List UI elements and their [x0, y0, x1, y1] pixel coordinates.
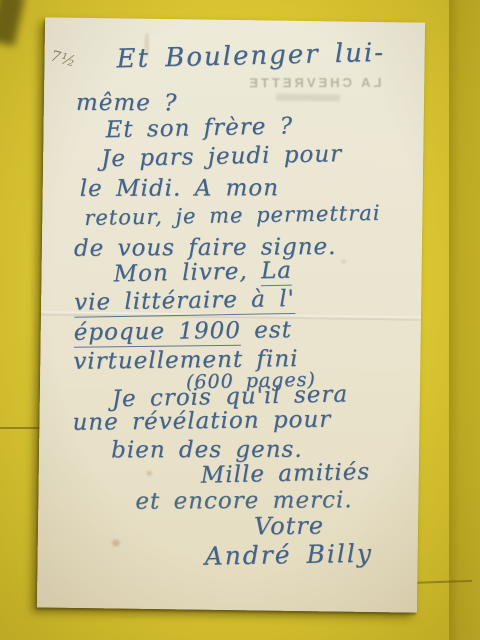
letter-line-10-text: est	[241, 317, 292, 344]
dark-corner-shadow	[0, 0, 25, 46]
letter-line-16-closing: Mille amitiés	[200, 459, 370, 489]
embossed-letterhead-line2	[276, 94, 340, 102]
letter-line-14: une révélation pour	[72, 407, 331, 436]
signature-andre-billy: André Billy	[204, 539, 373, 571]
foxing-spot	[342, 260, 346, 264]
letter-line-3: Et son frère ?	[105, 113, 293, 143]
letter-line-9: vie littéraire à l'	[74, 286, 295, 316]
letter-line-4: Je pars jeudi pour	[101, 141, 343, 172]
letter-line-15: bien des gens.	[111, 437, 303, 464]
scratch-mark-left	[0, 427, 42, 429]
letter-line-5: le Midi. A mon	[80, 175, 279, 202]
foxing-spot	[147, 471, 152, 476]
letter-line-1: Et Boulenger lui-	[116, 38, 385, 75]
letter-line-8: Mon livre, La	[113, 258, 292, 288]
letter-line-6: retour, je me permettrai	[84, 201, 381, 230]
book-title-underlined: La	[261, 258, 293, 287]
letter-line-8-text: Mon livre,	[113, 258, 261, 287]
letter-line-10: époque 1900 est	[74, 317, 292, 346]
foxing-spot	[112, 539, 120, 546]
letter-line-2: même ?	[76, 90, 178, 117]
letter-line-18-valediction: Votre	[254, 511, 324, 540]
letter-line-7: de vous faire signe.	[74, 234, 337, 262]
letter-photograph: LA CHEVRETTE 7½ Et Boulenger lui- même ?…	[0, 0, 480, 640]
letter-sheet: LA CHEVRETTE 7½ Et Boulenger lui- même ?…	[37, 17, 425, 612]
book-title-underlined: vie littéraire à l'	[74, 286, 295, 318]
pencil-annotation: 7½	[49, 47, 79, 71]
book-title-underlined: époque 1900	[74, 318, 242, 348]
embossed-letterhead: LA CHEVRETTE	[246, 75, 381, 90]
yellow-folder-edge	[449, 0, 480, 640]
